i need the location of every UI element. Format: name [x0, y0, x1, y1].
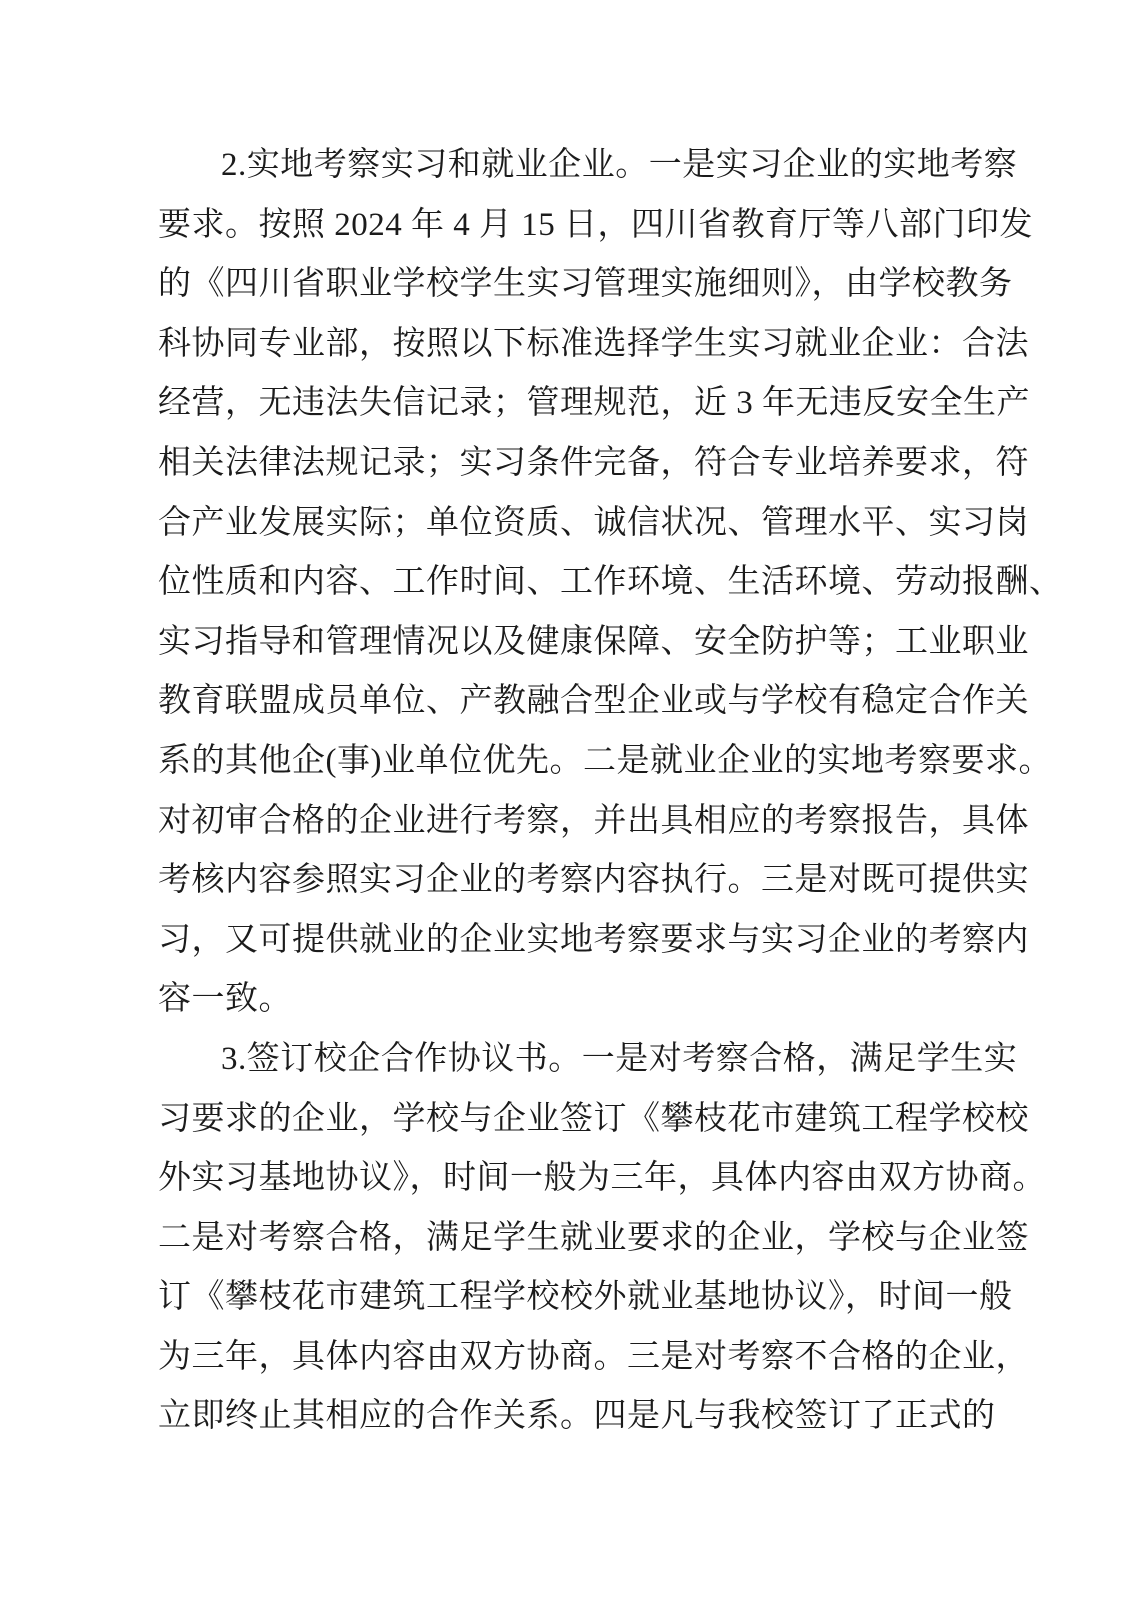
text-line: 的《四川省职业学校学生实习管理实施细则》，由学校教务 [158, 255, 960, 315]
text-line: 习要求的企业，学校与企业签订《攀枝花市建筑工程学校校 [158, 1090, 960, 1150]
text-line: 位性质和内容、工作时间、工作环境、生活环境、劳动报酬、 [158, 553, 960, 613]
text-line: 经营，无违法失信记录；管理规范，近 3 年无违反安全生产 [158, 374, 960, 434]
text-line: 相关法律法规记录；实习条件完备，符合专业培养要求，符 [158, 434, 960, 494]
text-line: 为三年，具体内容由双方协商。三是对考察不合格的企业， [158, 1328, 960, 1388]
body-text: 2.实地考察实习和就业企业。一是实习企业的实地考察 要求。按照 2024 年 4… [158, 136, 960, 1447]
text-line: 教育联盟成员单位、产教融合型企业或与学校有稳定合作关 [158, 672, 960, 732]
text-line: 容一致。 [158, 970, 960, 1030]
text-line: 对初审合格的企业进行考察，并出具相应的考察报告，具体 [158, 792, 960, 852]
text-line: 外实习基地协议》，时间一般为三年，具体内容由双方协商。 [158, 1149, 960, 1209]
text-line: 2.实地考察实习和就业企业。一是实习企业的实地考察 [158, 136, 960, 196]
text-line: 合产业发展实际；单位资质、诚信状况、管理水平、实习岗 [158, 494, 960, 554]
text-line: 考核内容参照实习企业的考察内容执行。三是对既可提供实 [158, 851, 960, 911]
text-line: 习，又可提供就业的企业实地考察要求与实习企业的考察内 [158, 911, 960, 971]
document-page: 2.实地考察实习和就业企业。一是实习企业的实地考察 要求。按照 2024 年 4… [0, 0, 1122, 1600]
text-line: 实习指导和管理情况以及健康保障、安全防护等；工业职业 [158, 613, 960, 673]
text-line: 科协同专业部，按照以下标准选择学生实习就业企业：合法 [158, 315, 960, 375]
text-line: 3.签订校企合作协议书。一是对考察合格，满足学生实 [158, 1030, 960, 1090]
text-line: 要求。按照 2024 年 4 月 15 日，四川省教育厅等八部门印发 [158, 196, 960, 256]
text-line: 二是对考察合格，满足学生就业要求的企业，学校与企业签 [158, 1209, 960, 1269]
text-line: 系的其他企(事)业单位优先。二是就业企业的实地考察要求。 [158, 732, 960, 792]
text-line: 立即终止其相应的合作关系。四是凡与我校签订了正式的 [158, 1387, 960, 1447]
text-line: 订《攀枝花市建筑工程学校校外就业基地协议》，时间一般 [158, 1268, 960, 1328]
